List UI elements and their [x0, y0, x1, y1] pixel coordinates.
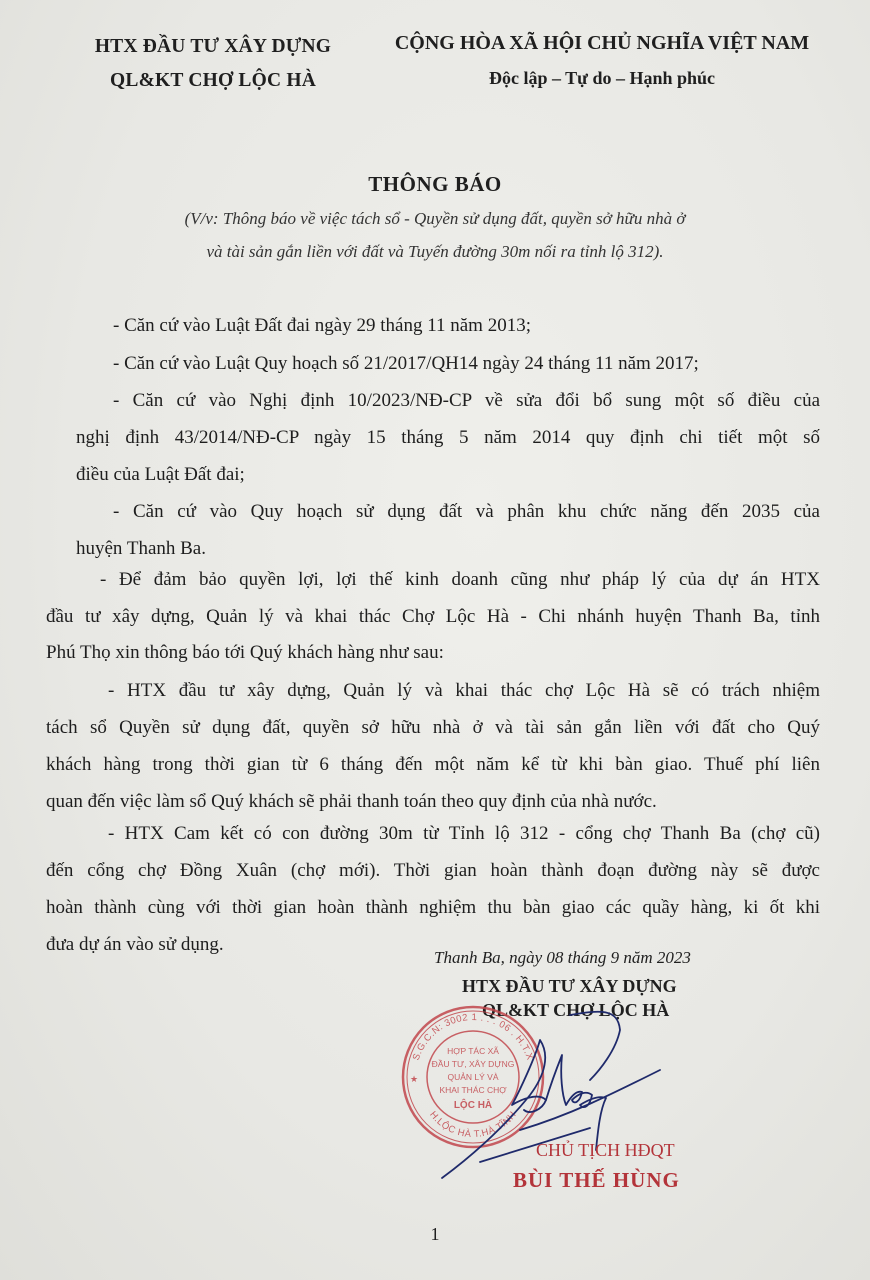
basis-line: điều của Luật Đất đai;: [76, 464, 245, 486]
place-date: Thanh Ba, ngày 08 tháng 9 năm 2023: [434, 948, 691, 968]
basis-line: - Căn cứ vào Quy hoạch sử dụng đất và ph…: [113, 501, 820, 523]
handwritten-signature-icon: [420, 1010, 680, 1190]
intro-line: Phú Thọ xin thông báo tới Quý khách hàng…: [46, 642, 444, 664]
signer-org-line1: HTX ĐẦU TƯ XÂY DỰNG: [462, 976, 677, 997]
item1-line: khách hàng trong thời gian từ 6 tháng đế…: [46, 754, 820, 776]
subject-line-2: và tài sản gắn liền với đất và Tuyến đườ…: [0, 242, 870, 262]
page-number: 1: [0, 1224, 870, 1245]
svg-text:★: ★: [410, 1074, 418, 1084]
document-title: THÔNG BÁO: [0, 172, 870, 197]
item2-line: - HTX Cam kết có con đường 30m từ Tỉnh l…: [108, 823, 820, 845]
signer-position: CHỦ TỊCH HĐQT: [536, 1140, 675, 1161]
item1-line: tách sổ Quyền sử dụng đất, quyền sở hữu …: [46, 717, 820, 739]
item1-line: quan đến việc làm sổ Quý khách sẽ phải t…: [46, 791, 657, 813]
basis-line: - Căn cứ vào Luật Quy hoạch số 21/2017/Q…: [113, 353, 699, 375]
basis-line: - Căn cứ vào Nghị định 10/2023/NĐ-CP về …: [113, 390, 820, 412]
item2-line: hoàn thành cùng với thời gian hoàn thành…: [46, 897, 820, 919]
item2-line: đến cổng chợ Đồng Xuân (chợ mới). Thời g…: [46, 860, 820, 882]
basis-line: nghị định 43/2014/NĐ-CP ngày 15 tháng 5 …: [76, 427, 820, 449]
basis-line: - Căn cứ vào Luật Đất đai ngày 29 tháng …: [113, 315, 531, 337]
item1-line: - HTX đầu tư xây dựng, Quản lý và khai t…: [108, 680, 820, 702]
org-name-line1: HTX ĐẦU TƯ XÂY DỰNG: [68, 36, 358, 58]
subject-line-1: (V/v: Thông báo về việc tách sổ - Quyền …: [0, 209, 870, 229]
intro-line: - Để đảm bảo quyền lợi, lợi thế kinh doa…: [100, 569, 820, 591]
org-name-line2: QL&KT CHỢ LỘC HÀ: [68, 70, 358, 92]
national-title: CỘNG HÒA XÃ HỘI CHỦ NGHĨA VIỆT NAM: [368, 32, 836, 55]
basis-line: huyện Thanh Ba.: [76, 538, 206, 560]
national-motto: Độc lập – Tự do – Hạnh phúc: [368, 68, 836, 89]
signer-name: BÙI THẾ HÙNG: [513, 1168, 680, 1193]
item2-line: đưa dự án vào sử dụng.: [46, 934, 224, 956]
intro-line: đầu tư xây dựng, Quản lý và khai thác Ch…: [46, 606, 820, 628]
document-page: HTX ĐẦU TƯ XÂY DỰNG QL&KT CHỢ LỘC HÀ CỘN…: [0, 0, 870, 1280]
